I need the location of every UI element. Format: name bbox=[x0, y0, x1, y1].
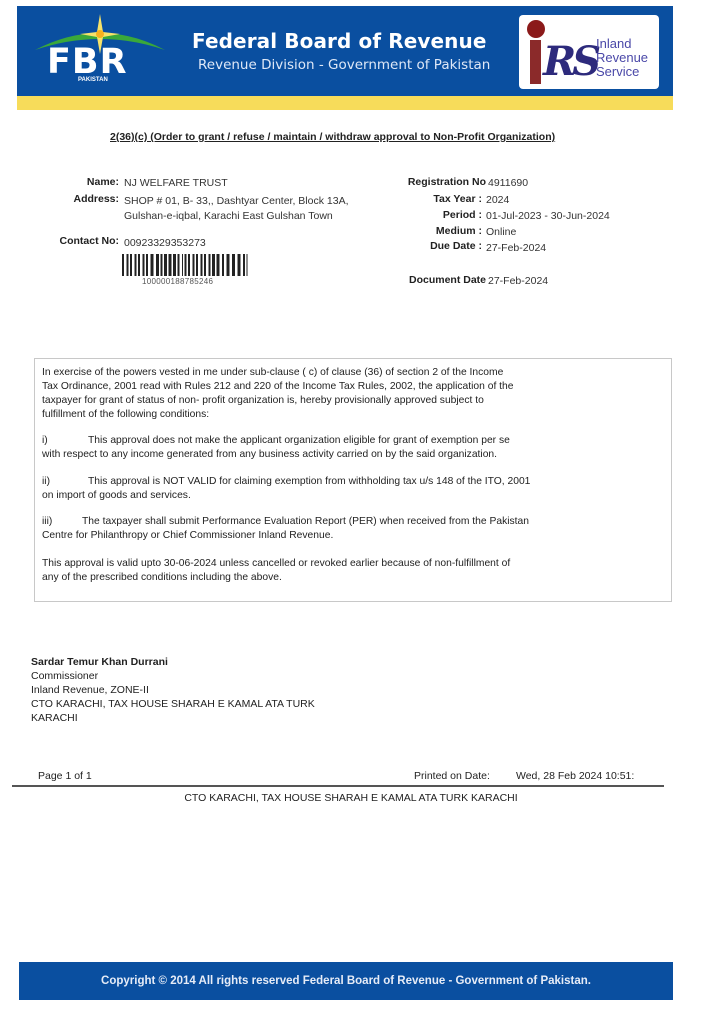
document-title: 2(36)(c) (Order to grant / refuse / main… bbox=[110, 131, 555, 143]
condition-text: Centre for Philanthropy or Chief Commiss… bbox=[42, 529, 529, 543]
printed-on-label: Printed on Date: bbox=[414, 770, 490, 782]
name-label: Name: bbox=[40, 176, 119, 188]
signatory-office: Inland Revenue, ZONE-II bbox=[31, 683, 149, 697]
irs-logo-letters: RS bbox=[543, 38, 597, 85]
condition-text: The taxpayer shall submit Performance Ev… bbox=[82, 516, 529, 527]
irs-logo-dot-icon bbox=[527, 20, 545, 38]
condition-number: ii) bbox=[42, 475, 88, 489]
condition-2: ii)This approval is NOT VALID for claimi… bbox=[42, 475, 530, 503]
contact-value: 00923329353273 bbox=[124, 237, 206, 249]
validity-paragraph: This approval is valid upto 30-06-2024 u… bbox=[42, 557, 510, 585]
address-line-1: SHOP # 01, B- 33,, Dashtyar Center, Bloc… bbox=[124, 195, 349, 207]
condition-number: i) bbox=[42, 434, 88, 448]
footer-divider bbox=[12, 785, 664, 787]
printed-on-value: Wed, 28 Feb 2024 10:51: bbox=[516, 770, 634, 782]
validity-line: any of the prescribed conditions includi… bbox=[42, 571, 510, 585]
condition-3: iii)The taxpayer shall submit Performanc… bbox=[42, 515, 529, 543]
due-date-label: Due Date : bbox=[380, 240, 482, 252]
irs-label-line: Inland bbox=[596, 37, 648, 51]
signatory-name: Sardar Temur Khan Durrani bbox=[31, 655, 168, 669]
barcode-image bbox=[122, 254, 248, 276]
condition-text: on import of goods and services. bbox=[42, 489, 530, 503]
signatory-designation: Commissioner bbox=[31, 669, 98, 683]
validity-line: This approval is valid upto 30-06-2024 u… bbox=[42, 557, 510, 571]
irs-logo-stem-icon bbox=[530, 40, 541, 84]
tax-year-label: Tax Year : bbox=[380, 193, 482, 205]
banner-title: Federal Board of Revenue bbox=[192, 29, 487, 53]
footer-address: CTO KARACHI, TAX HOUSE SHARAH E KAMAL AT… bbox=[0, 792, 702, 804]
intro-line: fulfillment of the following conditions: bbox=[42, 408, 513, 422]
header-accent-stripe bbox=[17, 96, 673, 110]
signatory-address-line-2: KARACHI bbox=[31, 711, 78, 725]
due-date-value: 27-Feb-2024 bbox=[486, 242, 546, 254]
medium-value: Online bbox=[486, 226, 516, 238]
name-value: NJ WELFARE TRUST bbox=[124, 177, 228, 189]
address-line-2: Gulshan-e-iqbal, Karachi East Gulshan To… bbox=[124, 210, 333, 222]
condition-number: iii) bbox=[42, 515, 82, 529]
page-number: Page 1 of 1 bbox=[38, 770, 92, 782]
condition-text: with respect to any income generated fro… bbox=[42, 448, 510, 462]
condition-1: i)This approval does not make the applic… bbox=[42, 434, 510, 462]
registration-label: Registration No bbox=[380, 176, 486, 188]
barcode-number: 100000188785246 bbox=[142, 277, 213, 286]
condition-text: This approval is NOT VALID for claiming … bbox=[88, 476, 530, 487]
intro-line: In exercise of the powers vested in me u… bbox=[42, 366, 513, 380]
intro-paragraph: In exercise of the powers vested in me u… bbox=[42, 366, 513, 422]
fbr-logo-subtext: PAKISTAN bbox=[78, 77, 108, 83]
irs-label-line: Service bbox=[596, 65, 648, 79]
contact-label: Contact No: bbox=[30, 235, 119, 247]
irs-logo-label: Inland Revenue Service bbox=[596, 37, 648, 79]
address-label: Address: bbox=[40, 193, 119, 205]
medium-label: Medium : bbox=[380, 225, 482, 237]
intro-line: taxpayer for grant of status of non- pro… bbox=[42, 394, 513, 408]
copyright-bar: Copyright © 2014 All rights reserved Fed… bbox=[19, 962, 673, 1000]
banner-subtitle: Revenue Division - Government of Pakista… bbox=[198, 57, 490, 73]
period-label: Period : bbox=[380, 209, 482, 221]
registration-value: 4911690 bbox=[488, 177, 528, 189]
tax-year-value: 2024 bbox=[486, 194, 509, 206]
condition-text: This approval does not make the applican… bbox=[88, 435, 510, 446]
signatory-address-line-1: CTO KARACHI, TAX HOUSE SHARAH E KAMAL AT… bbox=[31, 697, 315, 711]
period-value: 01-Jul-2023 - 30-Jun-2024 bbox=[486, 210, 610, 222]
document-date-label: Document Date bbox=[380, 274, 486, 286]
irs-label-line: Revenue bbox=[596, 51, 648, 65]
fbr-logo-text: FBR bbox=[47, 42, 128, 82]
document-date-value: 27-Feb-2024 bbox=[488, 275, 548, 287]
intro-line: Tax Ordinance, 2001 read with Rules 212 … bbox=[42, 380, 513, 394]
